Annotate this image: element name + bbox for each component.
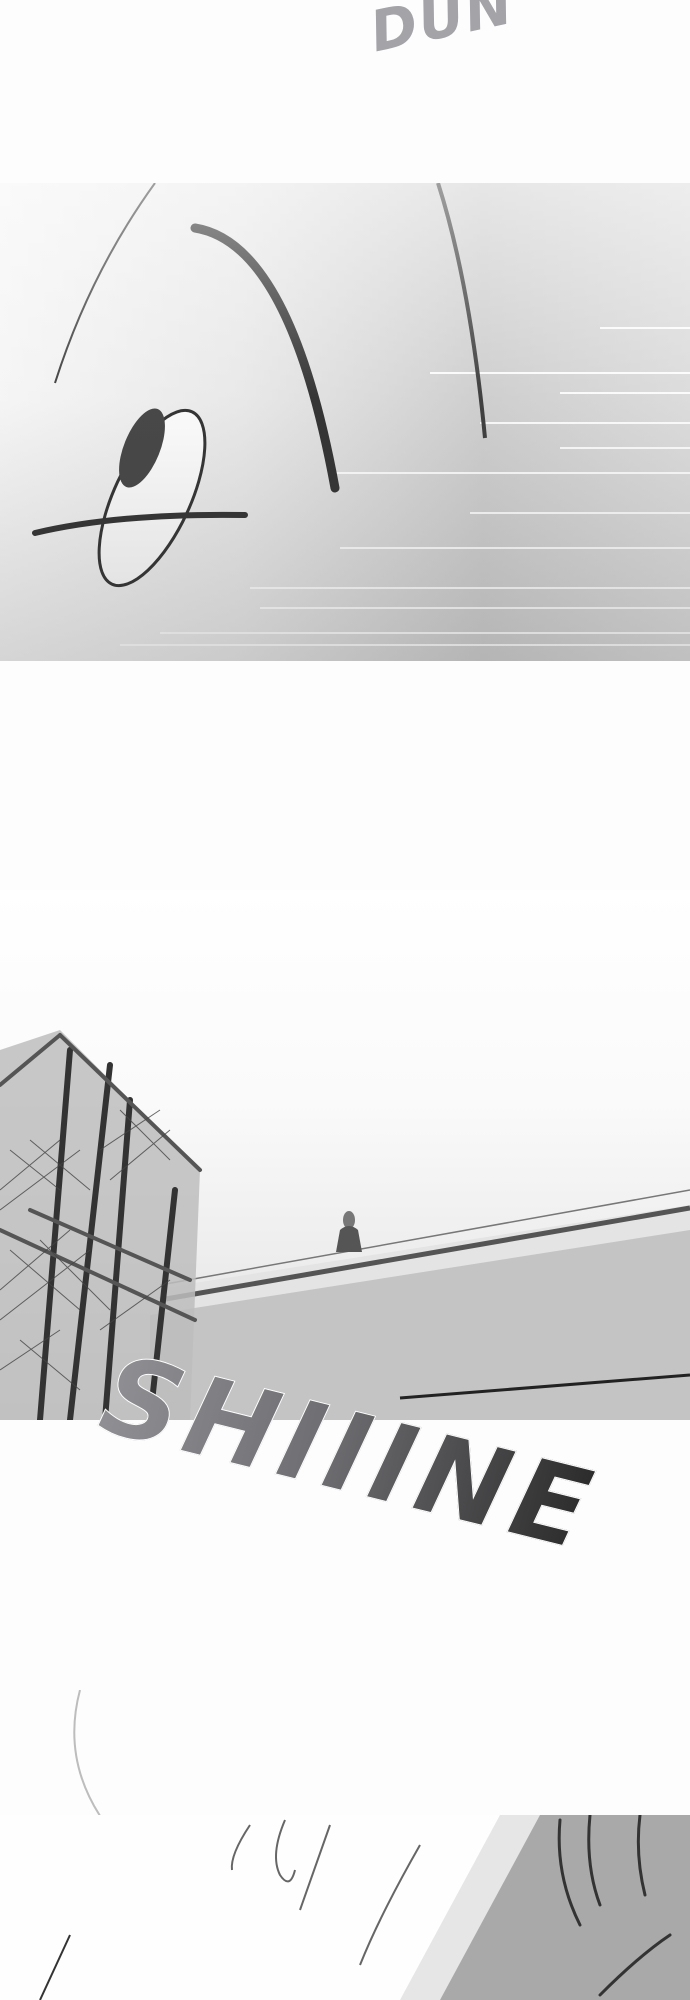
rooftop-illustration (0, 890, 690, 1420)
sfx-dun-text: DUN (365, 0, 520, 65)
panel-eye-closeup (0, 183, 690, 661)
panel-hand-and-hair (0, 1815, 690, 2000)
panel-rooftop-scene (0, 890, 690, 1420)
hand-illustration (0, 1815, 690, 2000)
sfx-dun: DUN (365, 0, 520, 65)
